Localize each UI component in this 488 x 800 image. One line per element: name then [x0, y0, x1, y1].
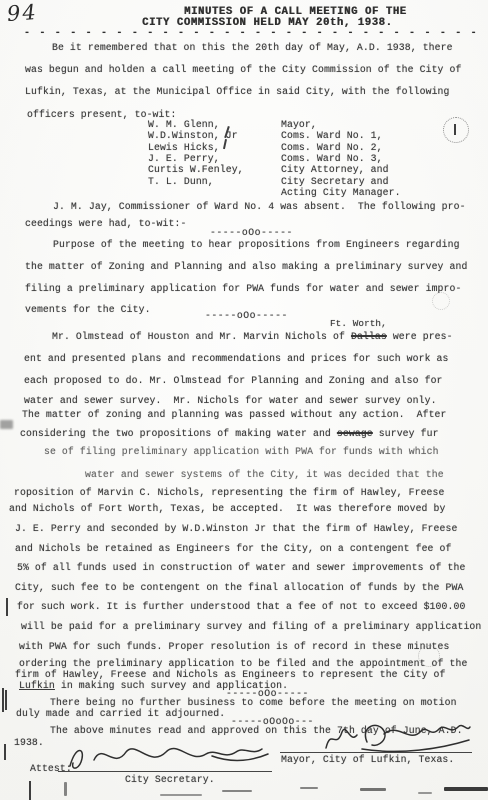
margin-mark — [2, 688, 4, 712]
stamp-circle-artifact — [443, 117, 469, 143]
underlined-text: Lufkin — [19, 680, 55, 691]
body-line: vements for the City. — [25, 304, 151, 316]
officer-title: Acting City Manager. — [281, 187, 401, 198]
officer-title: Mayor, — [281, 119, 317, 130]
struck-text: Dallas — [351, 331, 387, 342]
mayor-title: Mayor, City of Lufkin, Texas. — [281, 754, 454, 766]
body-line: considering the two propositions of maki… — [20, 428, 439, 440]
margin-mark — [4, 744, 6, 760]
officer-row: W.D.Winston, JrComs. Ward No. 1, — [148, 130, 383, 142]
officer-row: Curtis W.Fenley,City Attorney, and — [148, 164, 389, 176]
bleedthrough-mark — [360, 788, 386, 791]
body-line: ent and presented plans and recommendati… — [24, 353, 449, 365]
body-line: filing a preliminary application for PWA… — [25, 283, 461, 295]
body-line: 1938. — [14, 737, 44, 749]
body-line: City, such fee to be contengent on the f… — [15, 582, 463, 594]
body-line: Be it remembered that on this the 20th d… — [52, 42, 453, 54]
officer-title: City Secretary and — [281, 176, 389, 187]
body-line: 5% of all funds used in construction of … — [17, 562, 465, 574]
officer-title: Coms. Ward No. 2, — [281, 142, 383, 153]
document-body: 94 MINUTES OF A CALL MEETING OF THE CITY… — [0, 0, 488, 800]
body-line: The matter of zoning and planning was pa… — [22, 409, 447, 421]
section-separator: -----oOo----- — [210, 227, 293, 239]
interline-insertion: Ft. Worth, — [330, 318, 387, 330]
circle-artifact — [432, 292, 450, 310]
section-separator: -----oOo----- — [205, 310, 288, 322]
body-line: Lufkin, Texas, at the Municipal Office i… — [25, 86, 450, 98]
bleedthrough-mark — [300, 787, 318, 789]
bleedthrough-mark — [64, 782, 67, 796]
secretary-signature-rule — [58, 771, 272, 772]
secretary-title: City Secretary. — [125, 774, 215, 786]
mayor-signature — [322, 716, 472, 756]
body-line: and Nichols of Fort Worth, Texas, be acc… — [9, 503, 445, 515]
body-line: water and sewer survey. Mr. Nichols for … — [24, 395, 437, 407]
body-line: with PWA for such funds. Proper resoluti… — [19, 641, 450, 653]
body-line: J. M. Jay, Commissioner of Ward No. 4 wa… — [53, 201, 466, 213]
dashed-rule: - - - - - - - - - - - - - - - - - - - - … — [24, 28, 478, 40]
mayor-signature-rule — [280, 752, 472, 753]
struck-text: sewage — [337, 428, 373, 439]
bleedthrough-mark — [222, 790, 252, 792]
body-line: duly made and carried it adjourned. — [16, 708, 225, 720]
officer-title: City Attorney, and — [281, 164, 389, 175]
margin-mark — [5, 690, 7, 710]
body-line: Mr. Olmstead of Houston and Mr. Marvin N… — [52, 331, 453, 343]
handwritten-page-number: 94 — [6, 0, 38, 26]
body-line: Purpose of the meeting to hear propositi… — [53, 239, 460, 251]
bleedthrough-mark — [160, 794, 202, 796]
officer-title: Coms. Ward No. 3, — [281, 153, 383, 164]
body-line: for such work. It is further understood … — [17, 601, 465, 613]
body-line: J. E. Perry and seconded by W.D.Winston … — [15, 523, 457, 535]
body-text: were pres- — [387, 331, 453, 342]
body-line: will be paid for a preliminary survey an… — [21, 621, 481, 633]
body-text: considering the two propositions of maki… — [20, 428, 337, 439]
body-line: was begun and holden a call meeting of t… — [25, 64, 461, 76]
officer-title: Coms. Ward No. 1, — [281, 130, 383, 141]
body-line: roposition of Marvin C. Nichols, represe… — [14, 487, 445, 499]
body-line: water and sewer systems of the City, it … — [85, 469, 444, 481]
body-line: the matter of Zoning and Planning and al… — [25, 261, 467, 273]
officer-name: W.D.Winston, Jr — [148, 130, 281, 142]
circle-artifact — [418, 645, 440, 667]
body-line: and Nichols be retained as Engineers for… — [15, 543, 451, 555]
body-line: ceedings were had, to-wit:- — [25, 218, 186, 230]
ink-smudge — [0, 420, 13, 429]
body-text: Mr. Olmstead of Houston and Mr. Marvin N… — [52, 331, 351, 342]
bleedthrough-mark — [418, 792, 432, 794]
officer-name: Curtis W.Fenley, — [148, 164, 281, 176]
bleedthrough-mark — [444, 787, 488, 791]
body-text: survey fur — [373, 428, 439, 439]
body-line: each proposed to do. Mr. Olmstead for Pl… — [24, 375, 443, 387]
officer-row: Acting City Manager. — [148, 187, 401, 199]
margin-mark — [6, 598, 8, 616]
margin-mark — [29, 781, 31, 800]
stamp-mark-artifact — [454, 124, 456, 135]
body-line: se of filing preliminary application wit… — [44, 446, 439, 458]
